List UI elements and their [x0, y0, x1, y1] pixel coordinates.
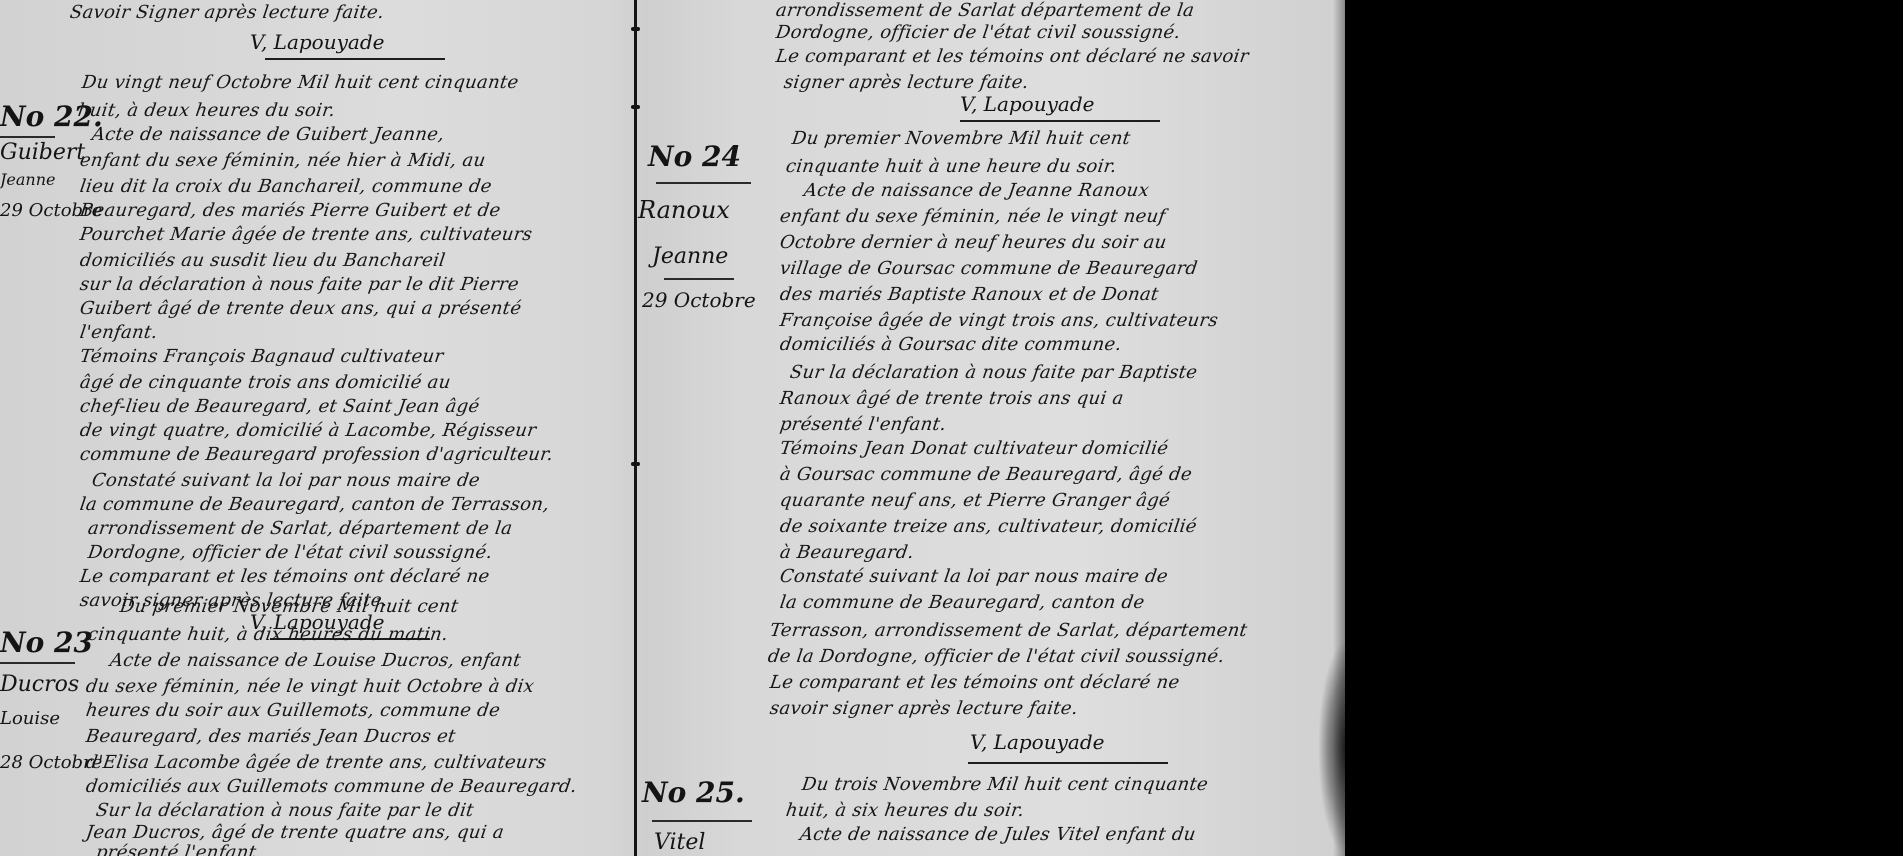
- text-line: arrondissement de Sarlat, département de…: [87, 518, 514, 539]
- text-line: cinquante huit à une heure du soir.: [785, 156, 1119, 177]
- margin-surname-25: Vitel: [654, 830, 705, 855]
- text-line: sur la déclaration à nous faite par le d…: [79, 274, 521, 295]
- text-line: Jean Ducros, âgé de trente quatre ans, q…: [85, 822, 506, 843]
- text-line: enfant du sexe féminin, née hier à Midi,…: [79, 150, 487, 171]
- text-line: âgé de cinquante trois ans domicilié au: [79, 372, 453, 393]
- text-line: Acte de naissance de Guibert Jeanne,: [91, 124, 446, 145]
- text-line: à Beauregard.: [779, 542, 916, 563]
- text-line: Acte de naissance de Jeanne Ranoux: [803, 180, 1151, 201]
- margin-rule: [664, 278, 734, 280]
- text-line: lieu dit la croix du Banchareil, commune…: [79, 176, 494, 197]
- text-line: heures du soir aux Guillemots, commune d…: [85, 700, 502, 721]
- text-line: Du vingt neuf Octobre Mil huit cent cinq…: [81, 72, 520, 93]
- text-line: Constaté suivant la loi par nous maire d…: [91, 470, 482, 491]
- margin-date-24: 29 Octobre: [642, 288, 756, 312]
- text-line: cinquante huit, à dix heures du matin.: [87, 624, 450, 645]
- text-line: l'enfant.: [79, 322, 160, 343]
- text-line: huit, à deux heures du soir.: [77, 100, 337, 121]
- margin-rule: [0, 136, 55, 138]
- text-line: Du premier Novembre Mil huit cent: [791, 128, 1132, 149]
- text-line: domiciliés au susdit lieu du Banchareil: [79, 250, 447, 271]
- signature-underline: [968, 762, 1168, 764]
- text-line: Dordogne, officier de l'état civil souss…: [775, 22, 1182, 43]
- text-line: signer après lecture faite.: [783, 72, 1031, 93]
- entry-number-23: No 23: [0, 626, 93, 659]
- ink-smudge: [1318, 640, 1345, 856]
- entry-number-25: No 25.: [642, 776, 745, 809]
- text-line: Octobre dernier à neuf heures du soir au: [779, 232, 1169, 253]
- text-line: de la Dordogne, officier de l'état civil…: [767, 646, 1226, 667]
- text-line: Du trois Novembre Mil huit cent cinquant…: [801, 774, 1210, 795]
- text-line: commune de Beauregard profession d'agric…: [79, 444, 555, 465]
- text-line: du sexe féminin, née le vingt huit Octob…: [85, 676, 536, 697]
- margin-surname-23: Ducros: [0, 672, 79, 697]
- signature-top: V, Lapouyade: [960, 92, 1094, 116]
- text-line: la commune de Beauregard, canton de Terr…: [79, 494, 551, 515]
- text-line: Sur la déclaration à nous faite par le d…: [95, 800, 476, 821]
- text-line: Sur la déclaration à nous faite par Bapt…: [789, 362, 1199, 383]
- signature-underline: [960, 120, 1160, 122]
- text-line: Terrasson, arrondissement de Sarlat, dép…: [769, 620, 1249, 641]
- text-line: arrondissement de Sarlat département de …: [775, 0, 1196, 21]
- text-line: Ranoux âgé de trente trois ans qui a: [779, 388, 1126, 409]
- signature-24: V, Lapouyade: [970, 730, 1104, 754]
- text-line: Guibert âgé de trente deux ans, qui a pr…: [79, 298, 523, 319]
- signature-top: V, Lapouyade: [250, 30, 384, 54]
- left-page: Savoir Signer après lecture faite. V, La…: [0, 0, 636, 856]
- text-line: des mariés Baptiste Ranoux et de Donat: [779, 284, 1160, 305]
- text-line: village de Goursac commune de Beauregard: [779, 258, 1199, 279]
- text-line: présenté l'enfant.: [95, 842, 264, 856]
- text-line: Dordogne, officier de l'état civil souss…: [87, 542, 494, 563]
- text-line: d'Elisa Lacombe âgée de trente ans, cult…: [85, 752, 548, 773]
- margin-given-name-24: Jeanne: [652, 244, 728, 269]
- text-line: Pourchet Marie âgée de trente ans, culti…: [79, 224, 534, 245]
- text-line: présenté l'enfant.: [779, 414, 948, 435]
- margin-surname-24: Ranoux: [638, 196, 730, 224]
- signature-underline: [265, 58, 445, 60]
- margin-given-name-22: Jeanne: [0, 170, 56, 189]
- text-line: Le comparant et les témoins ont déclaré …: [769, 672, 1181, 693]
- text-line: Françoise âgée de vingt trois ans, culti…: [779, 310, 1220, 331]
- black-background: [1345, 0, 1903, 856]
- right-page: arrondissement de Sarlat département de …: [638, 0, 1345, 856]
- text-line: domiciliés à Goursac dite commune.: [779, 334, 1123, 355]
- text-line: Le comparant et les témoins ont déclaré …: [79, 566, 491, 587]
- text-line: la commune de Beauregard, canton de: [779, 592, 1146, 613]
- text-line: Témoins Jean Donat cultivateur domicilié: [779, 438, 1170, 459]
- scanned-register-image: Savoir Signer après lecture faite. V, La…: [0, 0, 1345, 856]
- text-line: Savoir Signer après lecture faite.: [69, 2, 386, 23]
- margin-rule: [656, 182, 751, 184]
- margin-surname-22: Guibert: [0, 140, 85, 165]
- text-line: Acte de naissance de Louise Ducros, enfa…: [109, 650, 523, 671]
- margin-rule: [0, 662, 75, 664]
- text-line: Constaté suivant la loi par nous maire d…: [779, 566, 1170, 587]
- text-line: de soixante treize ans, cultivateur, dom…: [779, 516, 1199, 537]
- text-line: chef-lieu de Beauregard, et Saint Jean â…: [79, 396, 481, 417]
- text-line: Beauregard, des mariés Jean Ducros et: [85, 726, 458, 747]
- text-line: Du premier Novembre Mil huit cent: [119, 596, 460, 617]
- text-line: enfant du sexe féminin, née le vingt neu…: [779, 206, 1167, 227]
- text-line: huit, à six heures du soir.: [785, 800, 1026, 821]
- text-line: Beauregard, des mariés Pierre Guibert et…: [79, 200, 502, 221]
- margin-given-name-23: Louise: [0, 708, 60, 729]
- text-line: savoir signer après lecture faite.: [769, 698, 1080, 719]
- text-line: domiciliés aux Guillemots commune de Bea…: [85, 776, 579, 797]
- entry-number-24: No 24: [648, 140, 741, 173]
- text-line: Le comparant et les témoins ont déclaré …: [775, 46, 1251, 67]
- page-gutter-rule: [634, 0, 637, 856]
- text-line: quarante neuf ans, et Pierre Granger âgé: [779, 490, 1172, 511]
- text-line: de vingt quatre, domicilié à Lacombe, Ré…: [79, 420, 538, 441]
- margin-rule: [652, 820, 752, 822]
- text-line: Témoins François Bagnaud cultivateur: [79, 346, 445, 367]
- text-line: Acte de naissance de Jules Vitel enfant …: [799, 824, 1198, 845]
- text-line: à Goursac commune de Beauregard, âgé de: [779, 464, 1194, 485]
